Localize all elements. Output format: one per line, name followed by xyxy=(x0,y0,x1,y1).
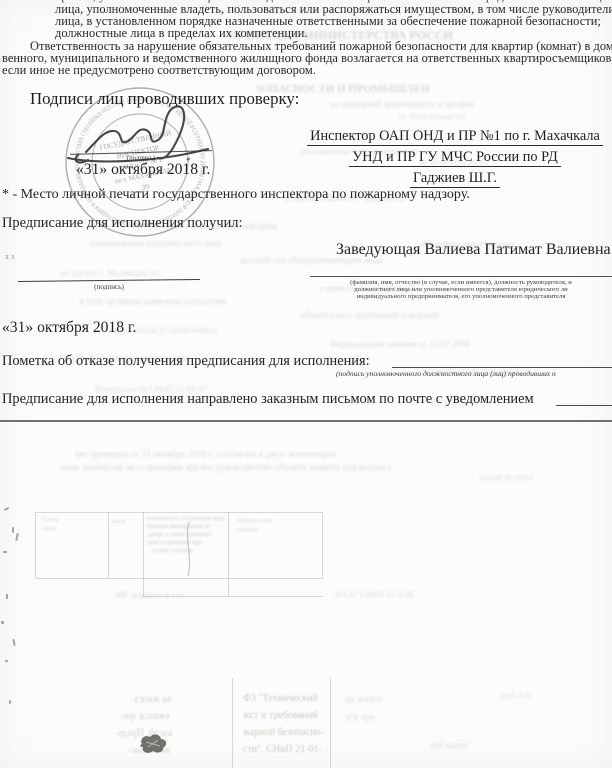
recipient-signature-line xyxy=(18,279,200,282)
inspector-line-1: Инспектор ОАП ОНД и ПР №1 по г. Махачкал… xyxy=(307,129,603,146)
bleedthrough-text: писания мероприятий по xyxy=(147,524,211,530)
bleedthrough-text: здани xyxy=(42,526,56,532)
recipient-fineprint: (фамилия, имя, отчество (в случае, если … xyxy=(310,279,612,301)
mail-blank-line xyxy=(556,405,612,406)
bleedthrough-text: по адресу г. Махачкала ул. xyxy=(60,268,161,278)
date-received: «31» октября 2018 г. xyxy=(2,320,136,337)
refusal-blank-line xyxy=(392,367,612,368)
bleedthrough-text: ФЗ "Технический xyxy=(243,693,318,704)
para-line-3: если иное не предусмотрено соответствующ… xyxy=(2,64,316,77)
bleedthrough-text: по надзорной деятельности и профил xyxy=(330,99,474,109)
bleedthrough-text: в ходе проверки выявлены нарушения xyxy=(80,296,226,306)
bleedthrough-text: № ппр xyxy=(42,517,59,523)
inspector-line-3: Гаджиев Ш.Г. xyxy=(410,171,500,188)
fineprint-line-2: должностного лица или уполномоченного пр… xyxy=(310,286,612,293)
podpis-label-2: (подпись) xyxy=(18,284,200,292)
received-heading: Предписание для исполнения получил: xyxy=(2,216,242,231)
margin-pencil-note: х з xyxy=(5,253,14,261)
bleedthrough-text: ежится зре- xyxy=(120,711,169,722)
bleedthrough-text: деть и п xyxy=(500,690,531,700)
bleedthrough-text: акт проверки от 31 октября 2018 г. соста… xyxy=(75,450,337,460)
fineprint-line-1: (фамилия, имя, отчество (в случае, если … xyxy=(310,279,612,286)
inspector-line-2: УНД и ПР ГУ МЧС России по РД xyxy=(349,150,561,167)
refusal-label: Пометка об отказе получения предписания … xyxy=(2,354,370,369)
recipient-name-line xyxy=(310,276,612,277)
bleedthrough-text: замеру а также админист xyxy=(147,532,211,538)
bleedthrough-text: сти", СНиП 21-01- xyxy=(243,744,322,755)
fineprint-line-3: индивидуального предпринимателя, его упо… xyxy=(310,293,612,300)
seal-asterisk: * xyxy=(186,157,191,167)
bleedthrough-text: жст и требований xyxy=(243,710,318,721)
mail-line: Предписание для исполнения направлено за… xyxy=(2,392,534,407)
bleedthrough-text: зся зре- xyxy=(345,712,377,723)
bleedthrough-text: ва жилгу- xyxy=(130,694,171,705)
bleedthrough-text: ул. Ирчи Казака 33а xyxy=(398,112,466,121)
bleedthrough-text: тий выпас xyxy=(430,740,469,750)
bleedthrough-text: обязательных требований пожарной xyxy=(300,310,439,320)
inspector-block: Инспектор ОАП ОНД и ПР №1 по г. Махачкал… xyxy=(298,128,612,191)
bleedthrough-text: ФЗ ис СНиП 21-0 Ш xyxy=(335,589,414,599)
bleedthrough-text: отметка о вып xyxy=(236,518,272,524)
bleedthrough-text: копия на руки xyxy=(480,472,534,482)
ink-smudge xyxy=(136,730,170,756)
bleedthrough-text: олнении xyxy=(236,527,257,533)
full-width-rule xyxy=(0,420,612,422)
refusal-fineprint: (подпись уполномоченного должностного ли… xyxy=(336,370,556,378)
bleedthrough-text: Федеральным законом от 22.07.2008 xyxy=(330,339,470,349)
bleedthrough-text: на жазгу- xyxy=(345,694,385,705)
pencil-curve xyxy=(180,520,200,580)
recipient-name: Заведующая Валиева Патимат Валиевна xyxy=(336,242,611,259)
bleedthrough-text: один экземпляр акта проверки вручен руко… xyxy=(60,463,392,473)
bleedthrough-text: тел й ытвщыс 396 xyxy=(115,590,184,600)
seal-footnote: * - Место личной печати государственного… xyxy=(2,188,470,203)
bleedthrough-text: жарной безопасно- xyxy=(243,727,324,738)
scanned-document-page: НСПЕКЦИЯ МИНИСТЕРСТВА РОССИг. МахЗОПАСНО… xyxy=(0,0,612,768)
bleedthrough-text: котор xyxy=(112,519,126,525)
